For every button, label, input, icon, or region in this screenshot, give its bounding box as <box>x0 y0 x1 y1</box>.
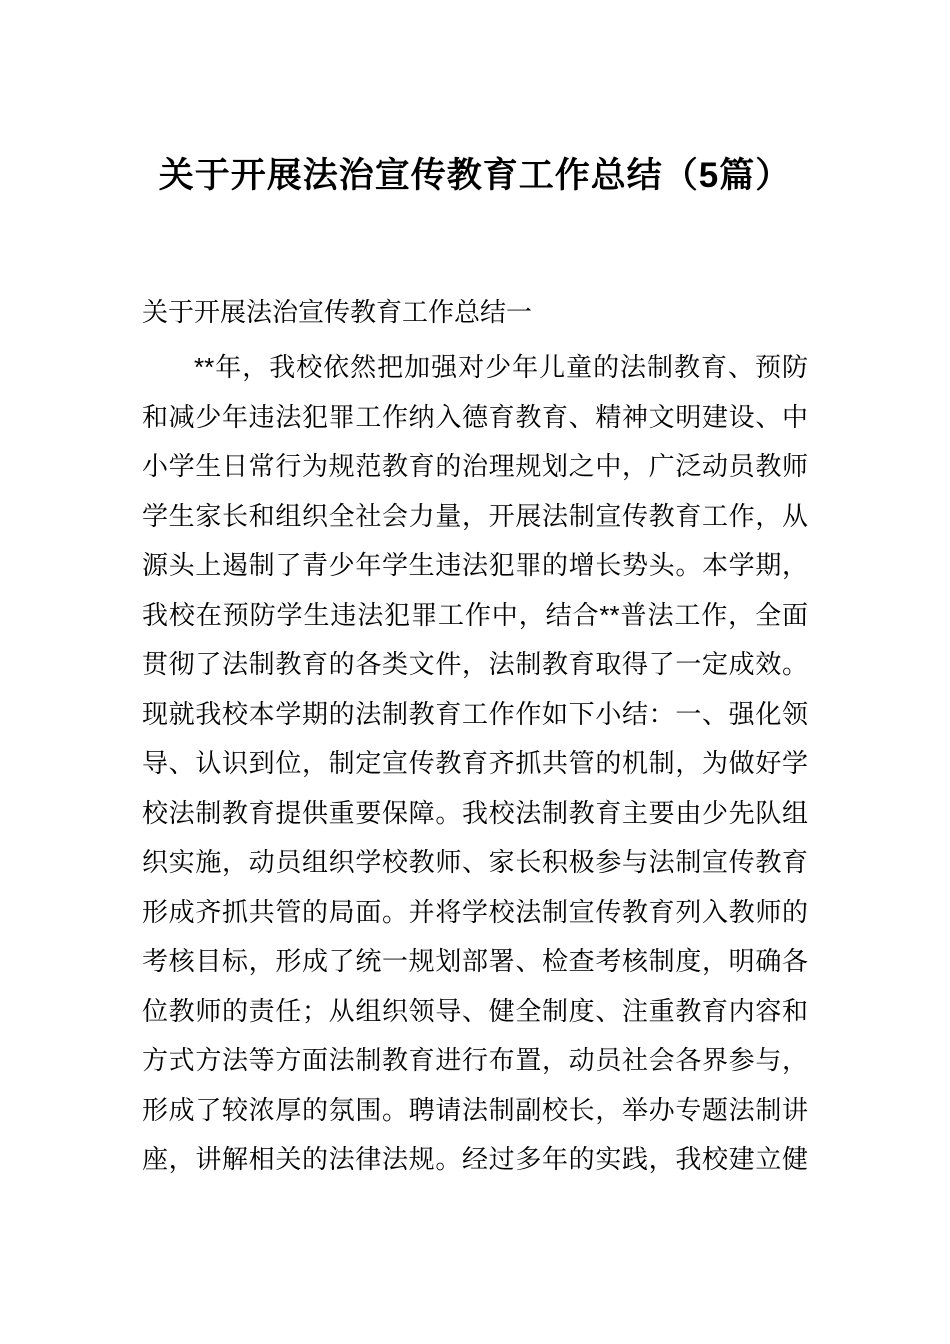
paragraph-line: 形成了较浓厚的氛围。聘请法制副校长，举办专题法制讲 <box>142 1086 808 1136</box>
document-content: 关于开展法治宣传教育工作总结一 **年，我校依然把加强对少年儿童的法制教育、预防… <box>142 288 808 1185</box>
paragraph-line: 织实施，动员组织学校教师、家长积极参与法制宣传教育 <box>142 838 808 888</box>
section-heading: 关于开展法治宣传教育工作总结一 <box>142 288 808 337</box>
paragraph-line: 现就我校本学期的法制教育工作作如下小结：一、强化领 <box>142 690 808 740</box>
paragraph-line: 形成齐抓共管的局面。并将学校法制宣传教育列入教师的 <box>142 888 808 938</box>
paragraph-line: 导、认识到位，制定宣传教育齐抓共管的机制，为做好学 <box>142 739 808 789</box>
paragraph-line: 位教师的责任；从组织领导、健全制度、注重教育内容和 <box>142 987 808 1037</box>
paragraph-line: 校法制教育提供重要保障。我校法制教育主要由少先队组 <box>142 789 808 839</box>
paragraph-line: 我校在预防学生违法犯罪工作中，结合**普法工作，全面 <box>142 591 808 641</box>
paragraph-line: 小学生日常行为规范教育的治理规划之中，广泛动员教师 <box>142 442 808 492</box>
body-paragraph: **年，我校依然把加强对少年儿童的法制教育、预防和减少年违法犯罪工作纳入德育教育… <box>142 343 808 1185</box>
document-page: 关于开展法治宣传教育工作总结（5篇） 关于开展法治宣传教育工作总结一 **年，我… <box>0 0 950 1344</box>
paragraph-line: 贯彻了法制教育的各类文件，法制教育取得了一定成效。 <box>142 640 808 690</box>
paragraph-line: 学生家长和组织全社会力量，开展法制宣传教育工作，从 <box>142 492 808 542</box>
paragraph-line: 座，讲解相关的法律法规。经过多年的实践，我校建立健 <box>142 1135 808 1185</box>
document-title: 关于开展法治宣传教育工作总结（5篇） <box>0 0 950 209</box>
paragraph-line: 和减少年违法犯罪工作纳入德育教育、精神文明建设、中 <box>142 393 808 443</box>
paragraph-line: 方式方法等方面法制教育进行布置，动员社会各界参与， <box>142 1036 808 1086</box>
paragraph-line: 源头上遏制了青少年学生违法犯罪的增长势头。本学期， <box>142 541 808 591</box>
paragraph-line: **年，我校依然把加强对少年儿童的法制教育、预防 <box>142 343 808 393</box>
paragraph-line: 考核目标，形成了统一规划部署、检查考核制度，明确各 <box>142 937 808 987</box>
